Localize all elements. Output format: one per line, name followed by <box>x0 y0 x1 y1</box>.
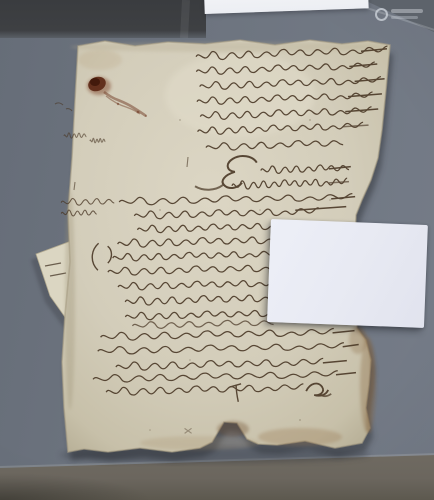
cover-card <box>267 219 428 328</box>
photo-stage: Photograph of an antique handwritten man… <box>0 0 434 500</box>
